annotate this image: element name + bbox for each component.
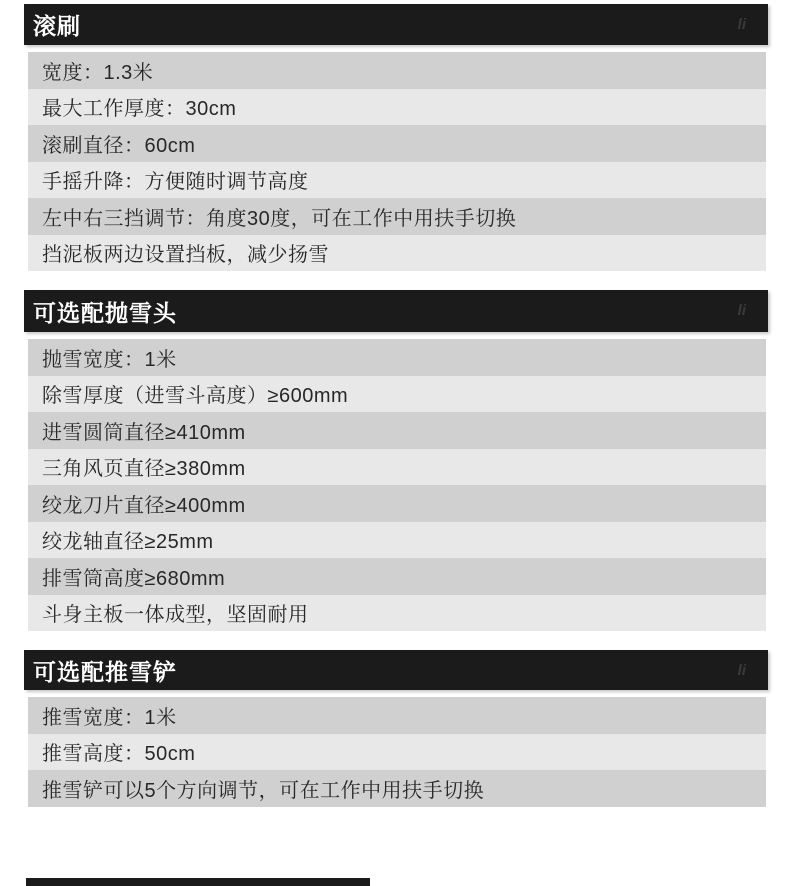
spec-row: 最大工作厚度：30cm <box>28 89 766 126</box>
spec-sheet: 滚刷 li 宽度：1.3米 最大工作厚度：30cm 滚刷直径：60cm 手摇升降… <box>24 4 768 807</box>
section-header-snow-thrower: 可选配抛雪头 li <box>24 290 768 332</box>
spec-row: 除雪厚度（进雪斗高度）≥600mm <box>28 376 766 413</box>
section-title: 可选配推雪铲 <box>33 654 177 687</box>
spec-row: 推雪铲可以5个方向调节，可在工作中用扶手切换 <box>28 770 766 807</box>
header-watermark: li <box>738 16 746 33</box>
spec-row: 左中右三挡调节：角度30度，可在工作中用扶手切换 <box>28 198 766 235</box>
section-title: 可选配抛雪头 <box>33 295 177 328</box>
spec-table-snow-thrower: 抛雪宽度：1米 除雪厚度（进雪斗高度）≥600mm 进雪圆筒直径≥410mm 三… <box>28 339 766 631</box>
header-watermark: li <box>738 662 746 679</box>
spec-row: 排雪筒高度≥680mm <box>28 558 766 595</box>
next-section-header-cutoff <box>26 878 370 886</box>
spec-row: 推雪高度：50cm <box>28 734 766 771</box>
spec-row: 斗身主板一体成型，坚固耐用 <box>28 595 766 632</box>
spec-row: 三角风页直径≥380mm <box>28 449 766 486</box>
section-header-roller-brush: 滚刷 li <box>24 4 768 45</box>
header-watermark: li <box>738 302 746 319</box>
section-header-snow-blade: 可选配推雪铲 li <box>24 650 768 690</box>
spec-row: 绞龙刀片直径≥400mm <box>28 485 766 522</box>
spec-table-snow-blade: 推雪宽度：1米 推雪高度：50cm 推雪铲可以5个方向调节，可在工作中用扶手切换 <box>28 697 766 807</box>
spec-row: 挡泥板两边设置挡板，减少扬雪 <box>28 235 766 272</box>
spec-row: 绞龙轴直径≥25mm <box>28 522 766 559</box>
spec-row: 推雪宽度：1米 <box>28 697 766 734</box>
spec-row: 手摇升降：方便随时调节高度 <box>28 162 766 199</box>
spec-table-roller-brush: 宽度：1.3米 最大工作厚度：30cm 滚刷直径：60cm 手摇升降：方便随时调… <box>28 52 766 271</box>
spec-row: 进雪圆筒直径≥410mm <box>28 412 766 449</box>
spec-row: 滚刷直径：60cm <box>28 125 766 162</box>
spec-row: 抛雪宽度：1米 <box>28 339 766 376</box>
section-title: 滚刷 <box>33 8 81 41</box>
spec-row: 宽度：1.3米 <box>28 52 766 89</box>
